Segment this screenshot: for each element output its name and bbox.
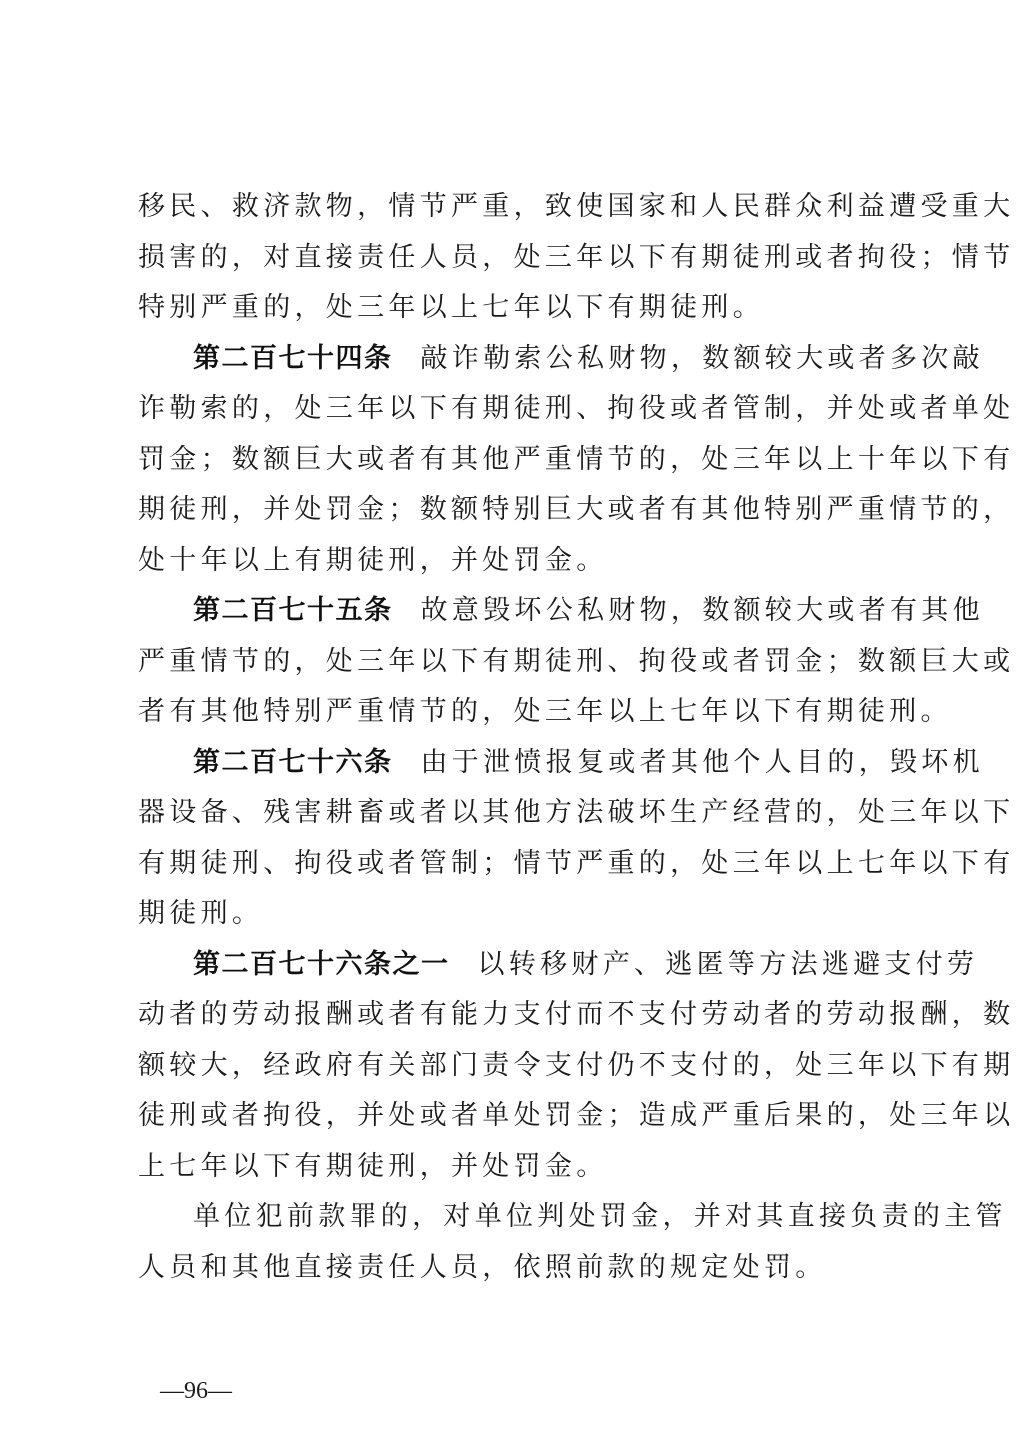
article-number: 第二百七十六条 [193, 747, 393, 778]
text-line: 有期徒刑、拘役或者管制；情节严重的，处三年以上七年以下有 [138, 839, 898, 890]
article-first-line: 第二百七十六条由于泄愤报复或者其他个人目的，毁坏机 [138, 738, 898, 789]
text-line: 诈勒索的，处三年以下有期徒刑、拘役或者管制，并处或者单处 [138, 384, 898, 435]
page-number: —96— [160, 1378, 232, 1405]
text-line: 特别严重的，处三年以上七年以下有期徒刑。 [138, 283, 898, 334]
text-line: 损害的，对直接责任人员，处三年以下有期徒刑或者拘役；情节 [138, 233, 898, 284]
article-number: 第二百七十五条 [193, 595, 393, 626]
text-line: 罚金；数额巨大或者有其他严重情节的，处三年以上十年以下有 [138, 435, 898, 486]
article-number: 第二百七十四条 [193, 343, 393, 374]
text-line: 者有其他特别严重情节的，处三年以上七年以下有期徒刑。 [138, 687, 898, 738]
article-276-1: 第二百七十六条之一以转移财产、逃匿等方法逃避支付劳 动者的劳动报酬或者有能力支付… [138, 940, 898, 1193]
paragraph-continuation: 移民、救济款物，情节严重，致使国家和人民群众利益遭受重大 损害的，对直接责任人员… [138, 182, 898, 334]
article-276-1-clause-2: 单位犯前款罪的，对单位判处罚金，并对其直接负责的主管 人员和其他直接责任人员，依… [138, 1192, 898, 1293]
text-segment: 故意毁坏公私财物，数额较大或者有其他 [421, 595, 984, 626]
article-274: 第二百七十四条敲诈勒索公私财物，数额较大或者多次敲 诈勒索的，处三年以下有期徒刑… [138, 334, 898, 587]
text-line: 额较大，经政府有关部门责令支付仍不支付的，处三年以下有期 [138, 1041, 898, 1092]
text-line: 上七年以下有期徒刑，并处罚金。 [138, 1142, 898, 1193]
article-first-line: 第二百七十五条故意毁坏公私财物，数额较大或者有其他 [138, 586, 898, 637]
text-line: 期徒刑。 [138, 889, 898, 940]
text-line: 动者的劳动报酬或者有能力支付而不支付劳动者的劳动报酬，数 [138, 990, 898, 1041]
text-line: 处十年以上有期徒刑，并处罚金。 [138, 536, 898, 587]
text-line: 严重情节的，处三年以下有期徒刑、拘役或者罚金；数额巨大或 [138, 637, 898, 688]
text-line: 徒刑或者拘役，并处或者单处罚金；造成严重后果的，处三年以 [138, 1091, 898, 1142]
text-line: 期徒刑，并处罚金；数额特别巨大或者有其他特别严重情节的， [138, 485, 898, 536]
text-segment: 由于泄愤报复或者其他个人目的，毁坏机 [421, 747, 984, 778]
text-segment: 敲诈勒索公私财物，数额较大或者多次敲 [421, 343, 984, 374]
article-275: 第二百七十五条故意毁坏公私财物，数额较大或者有其他 严重情节的，处三年以下有期徒… [138, 586, 898, 738]
text-segment: 以转移财产、逃匿等方法逃避支付劳 [478, 949, 979, 980]
document-page: 移民、救济款物，情节严重，致使国家和人民群众利益遭受重大 损害的，对直接责任人员… [138, 182, 898, 1293]
article-276: 第二百七十六条由于泄愤报复或者其他个人目的，毁坏机 器设备、残害耕畜或者以其他方… [138, 738, 898, 940]
text-line: 器设备、残害耕畜或者以其他方法破坏生产经营的，处三年以下 [138, 788, 898, 839]
article-number: 第二百七十六条之一 [193, 949, 450, 980]
text-line: 单位犯前款罪的，对单位判处罚金，并对其直接负责的主管 [138, 1192, 898, 1243]
text-line: 移民、救济款物，情节严重，致使国家和人民群众利益遭受重大 [138, 182, 898, 233]
text-line: 人员和其他直接责任人员，依照前款的规定处罚。 [138, 1243, 898, 1294]
article-first-line: 第二百七十四条敲诈勒索公私财物，数额较大或者多次敲 [138, 334, 898, 385]
article-first-line: 第二百七十六条之一以转移财产、逃匿等方法逃避支付劳 [138, 940, 898, 991]
